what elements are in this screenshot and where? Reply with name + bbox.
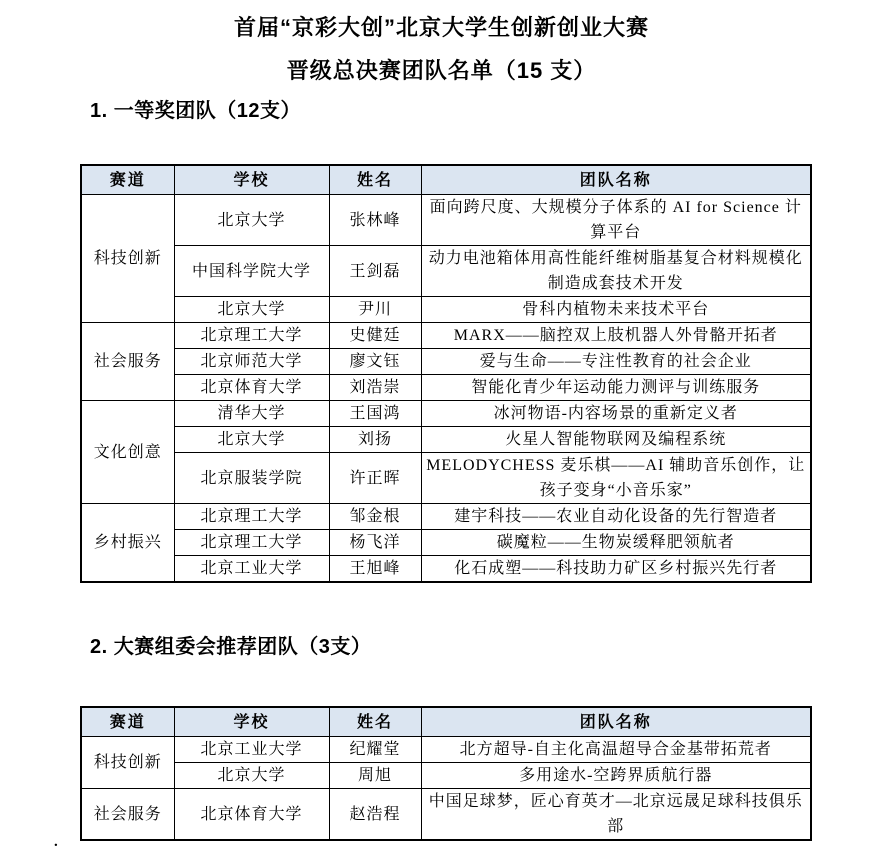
trailing-period: .: [54, 834, 58, 849]
name-cell: 周旭: [329, 763, 421, 789]
school-cell: 北京大学: [174, 763, 329, 789]
recommended-teams-table: 赛道 学校 姓名 团队名称 科技创新 北京工业大学 纪耀堂 北方超导-自主化高温…: [80, 706, 812, 841]
name-cell: 张林峰: [329, 195, 421, 246]
track-cell: 乡村振兴: [81, 504, 174, 583]
column-header-name: 姓名: [329, 707, 421, 737]
school-cell: 北京大学: [174, 297, 329, 323]
team-cell: 多用途水-空跨界质航行器: [421, 763, 811, 789]
table-header-row: 赛道 学校 姓名 团队名称: [81, 165, 811, 195]
track-cell: 科技创新: [81, 737, 174, 789]
table-row: 科技创新 北京工业大学 纪耀堂 北方超导-自主化高温超导合金基带拓荒者: [81, 737, 811, 763]
table-row: 中国科学院大学 王剑磊 动力电池箱体用高性能纤维树脂基复合材料规模化制造成套技术…: [81, 246, 811, 297]
table-row: 北京师范大学 廖文钰 爱与生命——专注性教育的社会企业: [81, 349, 811, 375]
team-cell: 碳魔粒——生物炭缓释肥领航者: [421, 530, 811, 556]
page-title: 首届“京彩大创”北京大学生创新创业大赛: [0, 13, 883, 43]
team-cell: 中国足球梦，匠心育英才—北京远晟足球科技俱乐部: [421, 789, 811, 841]
table-row: 北京服装学院 许正晖 MELODYCHESS 麦乐棋——AI 辅助音乐创作，让孩…: [81, 453, 811, 504]
school-cell: 中国科学院大学: [174, 246, 329, 297]
team-cell: MELODYCHESS 麦乐棋——AI 辅助音乐创作，让孩子变身“小音乐家”: [421, 453, 811, 504]
column-header-school: 学校: [174, 707, 329, 737]
school-cell: 北京体育大学: [174, 375, 329, 401]
name-cell: 王旭峰: [329, 556, 421, 583]
school-cell: 北京理工大学: [174, 530, 329, 556]
table-row: 北京大学 周旭 多用途水-空跨界质航行器: [81, 763, 811, 789]
school-cell: 北京理工大学: [174, 323, 329, 349]
column-header-team: 团队名称: [421, 707, 811, 737]
school-cell: 北京工业大学: [174, 556, 329, 583]
team-cell: 化石成塑——科技助力矿区乡村振兴先行者: [421, 556, 811, 583]
name-cell: 杨飞洋: [329, 530, 421, 556]
name-cell: 王剑磊: [329, 246, 421, 297]
table-row: 北京体育大学 刘浩崇 智能化青少年运动能力测评与训练服务: [81, 375, 811, 401]
team-cell: 火星人智能物联网及编程系统: [421, 427, 811, 453]
name-cell: 廖文钰: [329, 349, 421, 375]
table-row: 北京理工大学 杨飞洋 碳魔粒——生物炭缓释肥领航者: [81, 530, 811, 556]
table-header-row: 赛道 学校 姓名 团队名称: [81, 707, 811, 737]
team-cell: MARX——脑控双上肢机器人外骨骼开拓者: [421, 323, 811, 349]
name-cell: 纪耀堂: [329, 737, 421, 763]
track-cell: 社会服务: [81, 323, 174, 401]
name-cell: 刘浩崇: [329, 375, 421, 401]
name-cell: 赵浩程: [329, 789, 421, 841]
team-cell: 骨科内植物未来技术平台: [421, 297, 811, 323]
team-cell: 面向跨尺度、大规模分子体系的 AI for Science 计算平台: [421, 195, 811, 246]
school-cell: 北京大学: [174, 195, 329, 246]
table-row: 社会服务 北京理工大学 史健廷 MARX——脑控双上肢机器人外骨骼开拓者: [81, 323, 811, 349]
team-cell: 冰河物语-内容场景的重新定义者: [421, 401, 811, 427]
table-row: 科技创新 北京大学 张林峰 面向跨尺度、大规模分子体系的 AI for Scie…: [81, 195, 811, 246]
table-row: 北京大学 刘扬 火星人智能物联网及编程系统: [81, 427, 811, 453]
table-row: 文化创意 清华大学 王国鸿 冰河物语-内容场景的重新定义者: [81, 401, 811, 427]
section-2-heading: 2. 大赛组委会推荐团队（3支）: [90, 633, 883, 661]
school-cell: 北京工业大学: [174, 737, 329, 763]
table-row: 北京大学 尹川 骨科内植物未来技术平台: [81, 297, 811, 323]
table-row: 北京工业大学 王旭峰 化石成塑——科技助力矿区乡村振兴先行者: [81, 556, 811, 583]
team-cell: 智能化青少年运动能力测评与训练服务: [421, 375, 811, 401]
school-cell: 北京大学: [174, 427, 329, 453]
track-cell: 社会服务: [81, 789, 174, 841]
column-header-team: 团队名称: [421, 165, 811, 195]
document-page: 首届“京彩大创”北京大学生创新创业大赛 晋级总决赛团队名单（15 支） 1. 一…: [0, 0, 883, 849]
column-header-name: 姓名: [329, 165, 421, 195]
school-cell: 北京服装学院: [174, 453, 329, 504]
school-cell: 清华大学: [174, 401, 329, 427]
column-header-track: 赛道: [81, 165, 174, 195]
track-cell: 文化创意: [81, 401, 174, 504]
page-subtitle: 晋级总决赛团队名单（15 支）: [0, 56, 883, 86]
column-header-school: 学校: [174, 165, 329, 195]
team-cell: 爱与生命——专注性教育的社会企业: [421, 349, 811, 375]
table-row: 社会服务 北京体育大学 赵浩程 中国足球梦，匠心育英才—北京远晟足球科技俱乐部: [81, 789, 811, 841]
team-cell: 动力电池箱体用高性能纤维树脂基复合材料规模化制造成套技术开发: [421, 246, 811, 297]
track-cell: 科技创新: [81, 195, 174, 323]
name-cell: 刘扬: [329, 427, 421, 453]
school-cell: 北京理工大学: [174, 504, 329, 530]
name-cell: 邹金根: [329, 504, 421, 530]
name-cell: 许正晖: [329, 453, 421, 504]
team-cell: 建宇科技——农业自动化设备的先行智造者: [421, 504, 811, 530]
section-1-heading: 1. 一等奖团队（12支）: [90, 97, 883, 125]
name-cell: 尹川: [329, 297, 421, 323]
name-cell: 王国鸿: [329, 401, 421, 427]
column-header-track: 赛道: [81, 707, 174, 737]
table-row: 乡村振兴 北京理工大学 邹金根 建宇科技——农业自动化设备的先行智造者: [81, 504, 811, 530]
team-cell: 北方超导-自主化高温超导合金基带拓荒者: [421, 737, 811, 763]
name-cell: 史健廷: [329, 323, 421, 349]
school-cell: 北京体育大学: [174, 789, 329, 841]
school-cell: 北京师范大学: [174, 349, 329, 375]
first-prize-teams-table: 赛道 学校 姓名 团队名称 科技创新 北京大学 张林峰 面向跨尺度、大规模分子体…: [80, 164, 812, 583]
